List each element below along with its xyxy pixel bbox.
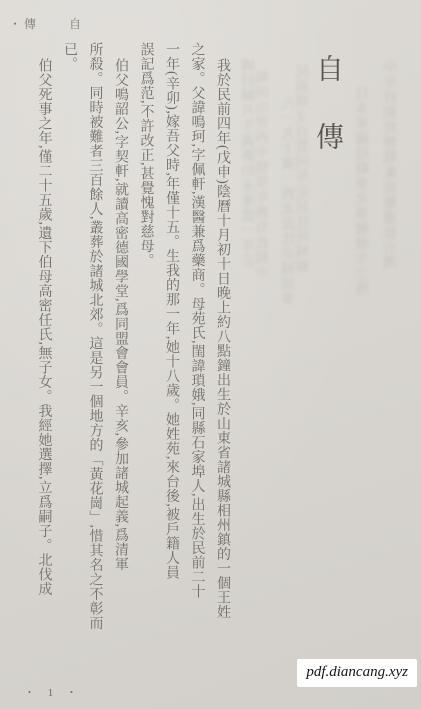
text-column: 伯父鳴韶公,字契軒,就讀高密德國學堂,爲同盟會會員。辛亥,參加諸城起義,爲清軍 xyxy=(108,42,134,702)
text-column: 所殺。同時被難者三百餘人,叢葬於諸城北郊。這是另一個地方的「黃花崗」,惜其名之不… xyxy=(82,42,108,702)
page-number: ・ 1 ・ xyxy=(24,684,82,700)
scanned-page: ・傳 自 國回歸共生義新的未來當一年正與同出世西中情常年務有此間中八一九十歲一致… xyxy=(0,0,421,709)
text-column: 一年(辛卯),嫁吾父時,年僅十五。生我的那一年,她十八歲。她姓苑,來台後,被戶籍… xyxy=(159,42,185,702)
body-text: 我於民前四年(戊申)陰曆十月初十日晚上約八點鐘出生於山東省諸城縣相州鎮的一個王姓… xyxy=(31,42,235,702)
bleedthrough-column: 中年時期經歷戰亂流離遷徙台灣 xyxy=(385,60,399,270)
text-column: 已。 xyxy=(57,42,83,702)
text-column: 之家。父諱鳴珂,字佩軒,漢醫兼爲藥商。母苑氏,閨諱瑣娥,同縣石家埠人,出生於民前… xyxy=(184,42,210,702)
bleedthrough-column: 與同出世西中情常年務有此間中 xyxy=(257,70,271,280)
bleedthrough-column: 國回歸共生義新的未來當一年正 xyxy=(243,58,257,268)
page-title: 自傳 xyxy=(307,54,347,190)
text-column: 伯父死事之年,僅二十五歲,遺下伯母高密任氏,無子女。我經她選擇,立爲嗣子。北伐成 xyxy=(31,42,57,702)
running-header: ・傳 自 xyxy=(9,15,84,32)
text-column: 我於民前四年(戊申)陰曆十月初十日晚上約八點鐘出生於山東省諸城縣相州鎮的一個王姓 xyxy=(210,42,236,702)
bleedthrough-column: 八一九十歲一致北設比京城前事 xyxy=(283,96,297,306)
text-column: 誤記爲范,不許改正,甚覺愧對慈母。 xyxy=(133,42,159,702)
bleedthrough-column: 日本軍閥侵略東北事變發生之後 xyxy=(357,86,371,296)
watermark: pdf.diancang.xyz xyxy=(297,659,417,687)
